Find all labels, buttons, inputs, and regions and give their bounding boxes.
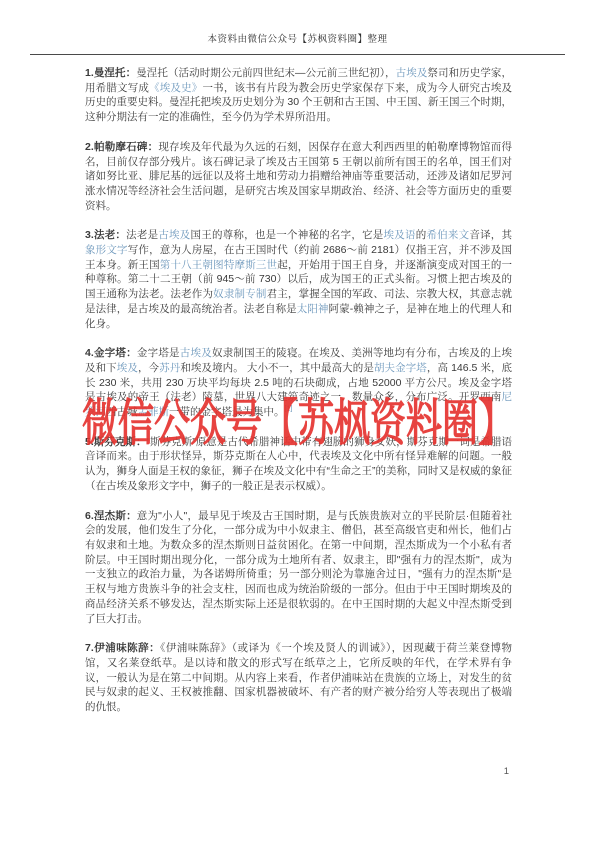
term-title: 1.曼涅托： xyxy=(85,67,136,79)
paragraph-2: 2.帕勒摩石碑：现存埃及年代最为久远的石刻，因保存在意大利西西里的帕勒摩博物馆而… xyxy=(85,140,512,214)
term-link[interactable]: 《埃及史》 xyxy=(149,82,202,94)
term-link[interactable]: 古埃及 xyxy=(396,67,428,79)
term-link[interactable]: 胡夫金字塔 xyxy=(374,362,427,374)
text-run: 和埃及境内。 大小不一，其中最高大的是 xyxy=(180,362,374,374)
paragraph-7: 7.伊浦味陈辞：《伊浦味陈辞》（或译为《一个埃及贤人的训诫》），因现藏于荷兰莱登… xyxy=(85,641,512,715)
text-run: 金字塔是 xyxy=(137,347,180,359)
term-link[interactable]: 古埃及 xyxy=(180,347,212,359)
header-text: 本资料由微信公众号【苏枫资料圈】整理 xyxy=(207,34,387,45)
term-link[interactable]: 埃及语 xyxy=(384,229,416,241)
term-link[interactable]: 太阳神 xyxy=(297,303,329,315)
term-link[interactable]: 孟菲斯 xyxy=(138,406,170,418)
text-run: “斯芬克斯”原意是古代希腊神话中带有翅膀的狮身女妖，斯芬克斯一词是希腊语音译而来… xyxy=(85,436,512,492)
term-link[interactable]: 苏丹 xyxy=(159,362,180,374)
term-title: 2.帕勒摩石碑： xyxy=(85,141,158,153)
paragraph-1: 1.曼涅托：曼涅托（活动时期公元前四世纪末—公元前三世纪初），古埃及祭司和历史学… xyxy=(85,66,512,125)
paragraph-5: 5.斯芬克斯：“斯芬克斯”原意是古代希腊神话中带有翅膀的狮身女妖，斯芬克斯一词是… xyxy=(85,435,512,494)
term-link[interactable]: 第十八王朝图特摩斯三世 xyxy=(160,259,277,271)
header-divider xyxy=(30,54,565,55)
text-run: 曼涅托（活动时期公元前四世纪末—公元前三世纪初）， xyxy=(136,67,395,79)
document-body: 1.曼涅托：曼涅托（活动时期公元前四世纪末—公元前三世纪初），古埃及祭司和历史学… xyxy=(85,66,512,730)
term-title: 6.涅杰斯： xyxy=(85,510,137,522)
term-link[interactable]: 希伯来文 xyxy=(426,229,469,241)
text-run: ，今 xyxy=(138,362,159,374)
term-title: 4.金字塔： xyxy=(85,347,137,359)
term-title: 5.斯芬克斯： xyxy=(85,436,147,448)
paragraph-6: 6.涅杰斯：意为"小人"，最早见于埃及古王国时期，是与氏族贵族对立的平民阶层·但… xyxy=(85,509,512,627)
term-link[interactable]: 埃及 xyxy=(117,362,138,374)
citation-ref[interactable]: [1] xyxy=(285,406,293,413)
document-page: 本资料由微信公众号【苏枫资料圈】整理 1.曼涅托：曼涅托（活动时期公元前四世纪末… xyxy=(0,0,595,841)
term-title: 7.伊浦味陈辞： xyxy=(85,642,160,654)
term-link[interactable]: 象形文字 xyxy=(85,244,128,256)
term-link[interactable]: 奴隶制专制 xyxy=(213,288,266,300)
text-run: 西古城 xyxy=(106,406,138,418)
page-number: 1 xyxy=(85,766,509,777)
term-link[interactable]: 古埃及 xyxy=(158,229,190,241)
text-run: 法老是 xyxy=(126,229,158,241)
page-header: 本资料由微信公众号【苏枫资料圈】整理 xyxy=(0,31,595,45)
term-title: 3.法老： xyxy=(85,229,126,241)
text-run: 意为"小人"，最早见于埃及古王国时期，是与氏族贵族对立的平民阶层·但随着社会的发… xyxy=(85,510,512,625)
text-run: 的 xyxy=(416,229,427,241)
text-run: 一带的金字塔最为集中。 xyxy=(169,406,285,418)
text-run: 音译，其 xyxy=(469,229,512,241)
text-run: 国王的尊称，也是一个神秘的名字，它是 xyxy=(191,229,384,241)
paragraph-3: 3.法老：法老是古埃及国王的尊称，也是一个神秘的名字，它是埃及语的希伯来文音译，… xyxy=(85,228,512,331)
paragraph-4: 4.金字塔：金字塔是古埃及奴隶制国王的陵寝。在埃及、美洲等地均有分布，古埃及的上… xyxy=(85,346,512,420)
